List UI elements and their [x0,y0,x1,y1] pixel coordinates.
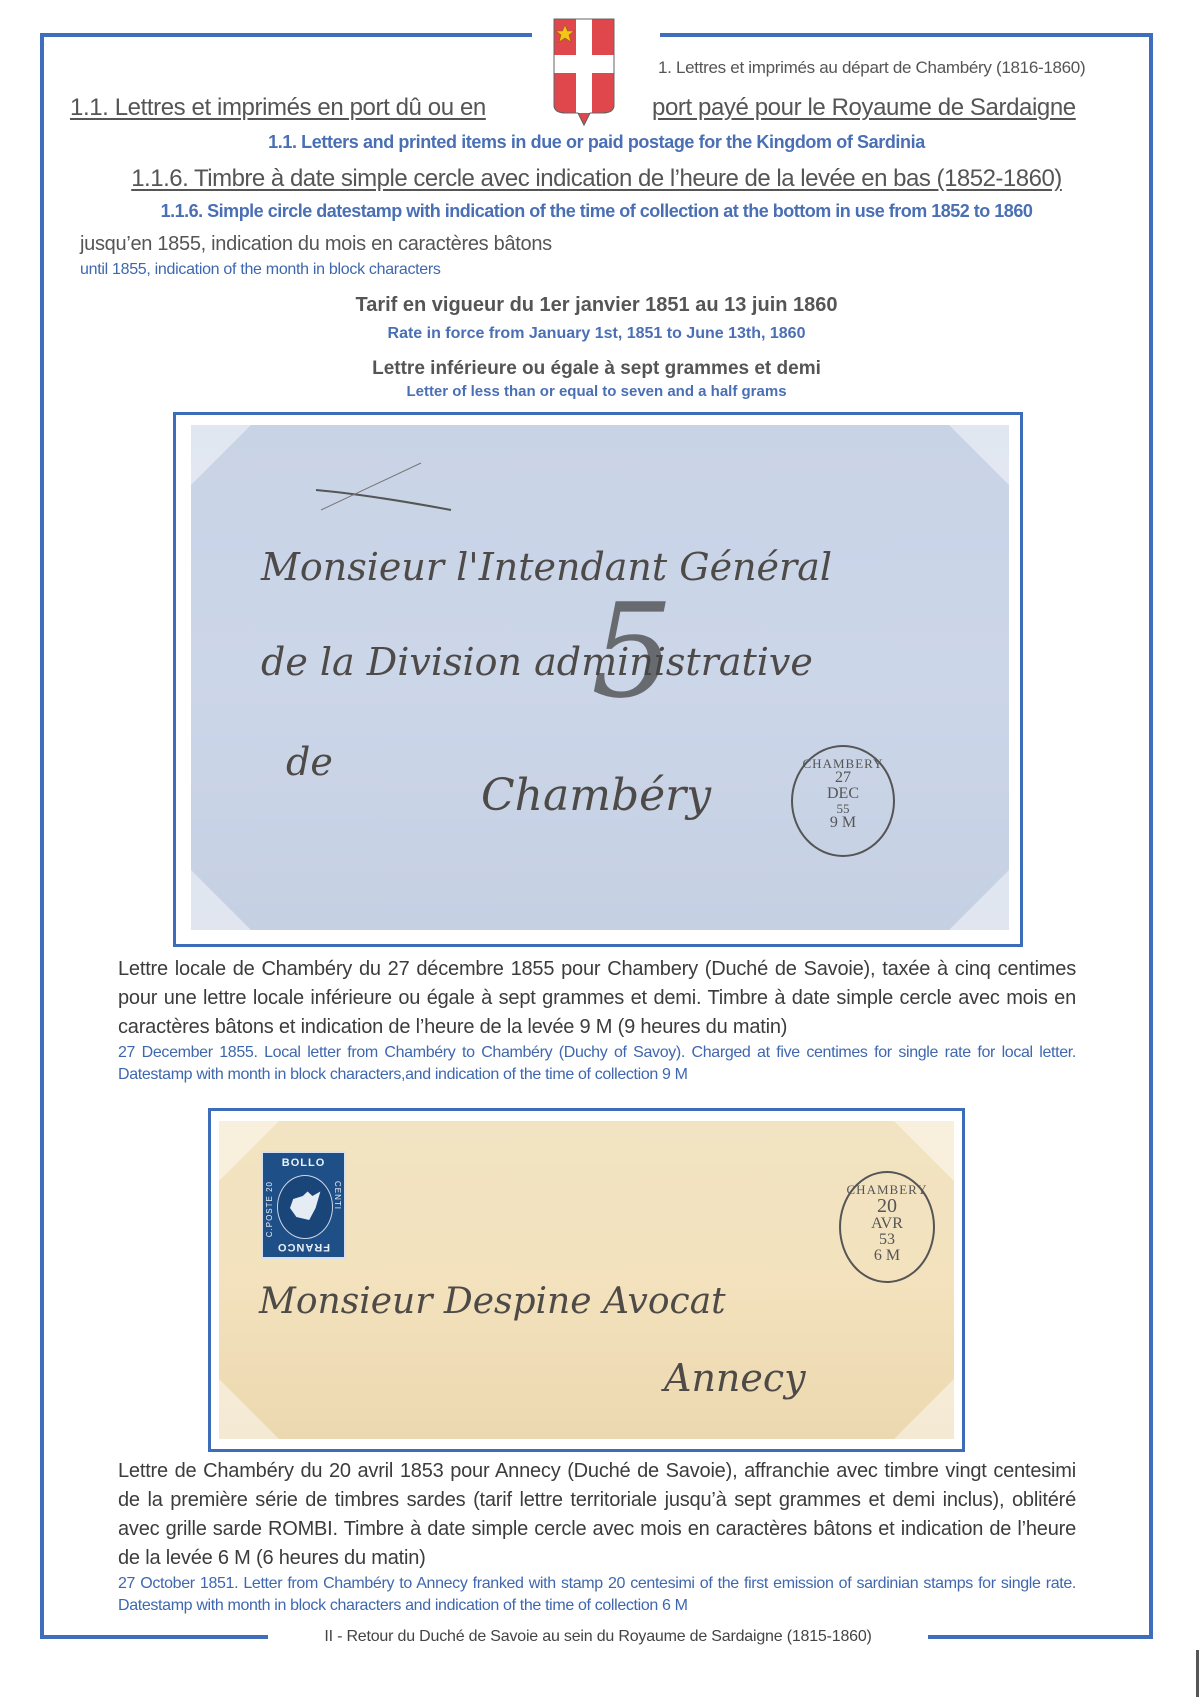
section-title-fr-right: port payé pour le Royaume de Sardaigne [652,94,1076,122]
note-fr: jusqu’en 1855, indication du mois en car… [80,233,552,256]
description-fr: Lettre de Chambéry du 20 avril 1853 pour… [118,1457,1076,1573]
photo-corner [894,1379,954,1439]
postmark-time: 6 M [841,1248,933,1264]
weight-fr: Lettre inférieure ou égale à sept gramme… [40,358,1153,380]
address-line: de [286,740,333,784]
postmark: CHAMBERY 27 DEC 55 9 M [791,745,895,857]
tariff-fr: Tarif en vigueur du 1er janvier 1851 au … [40,294,1153,317]
address-line: Monsieur Despine Avocat [259,1281,726,1322]
stamp-right-text: CENTI [333,1181,342,1210]
stamp-portrait [277,1175,333,1239]
subsection-title-fr: 1.1.6. Timbre à date simple cercle avec … [40,165,1153,193]
postmark-year: 53 [841,1232,933,1248]
envelope-cream: BOLLO C.POSTE 20 CENTI FRANCO Monsieur D… [219,1121,954,1439]
photo-corner [191,870,251,930]
address-line: Annecy [664,1356,806,1400]
pen-stroke-icon [311,455,491,515]
address-line: de la Division administrative [261,640,813,684]
postmark: CHAMBERY 20 AVR 53 6 M [839,1171,935,1283]
cover-image-2: BOLLO C.POSTE 20 CENTI FRANCO Monsieur D… [208,1108,965,1452]
page-footer: II - Retour du Duché de Savoie au sein d… [268,1628,928,1646]
photo-corner [949,425,1009,485]
note-en: until 1855, indication of the month in b… [80,261,441,279]
description-fr: Lettre locale de Chambéry du 27 décembre… [118,955,1076,1042]
stamp-bottom-text: FRANCO [263,1241,344,1253]
description-en: 27 October 1851. Letter from Chambéry to… [118,1573,1076,1617]
envelope-blue: Monsieur l'Intendant Général de la Divis… [191,425,1009,930]
section-title-en: 1.1. Letters and printed items in due or… [40,132,1153,153]
savoy-cross-shield-icon [552,17,616,129]
photo-corner [219,1379,279,1439]
tax-mark: 5 [591,575,674,727]
cover-image-1: Monsieur l'Intendant Général de la Divis… [173,412,1023,947]
address-line: Chambéry [481,770,711,821]
photo-corner [191,425,251,485]
chapter-label: 1. Lettres et imprimés au départ de Cham… [658,58,1085,78]
postmark-day: 20 [841,1196,933,1216]
address-line: Monsieur l'Intendant Général [261,545,832,589]
section-title-fr-left: 1.1. Lettres et imprimés en port dû ou e… [70,94,486,122]
stamp-left-text: C.POSTE 20 [265,1181,274,1237]
photo-corner [894,1121,954,1181]
tariff-en: Rate in force from January 1st, 1851 to … [40,325,1153,343]
photo-corner [949,870,1009,930]
king-profile-icon [290,1190,322,1220]
postmark-day: 27 [793,770,893,786]
weight-en: Letter of less than or equal to seven an… [40,383,1153,400]
subsection-title-en: 1.1.6. Simple circle datestamp with indi… [40,201,1153,222]
postage-stamp: BOLLO C.POSTE 20 CENTI FRANCO [261,1151,346,1259]
stamp-top-text: BOLLO [263,1157,344,1169]
description-en: 27 December 1855. Local letter from Cham… [118,1042,1076,1086]
postmark-month: AVR [841,1216,933,1232]
postmark-month: DEC [793,786,893,802]
postmark-time: 9 M [793,815,893,831]
